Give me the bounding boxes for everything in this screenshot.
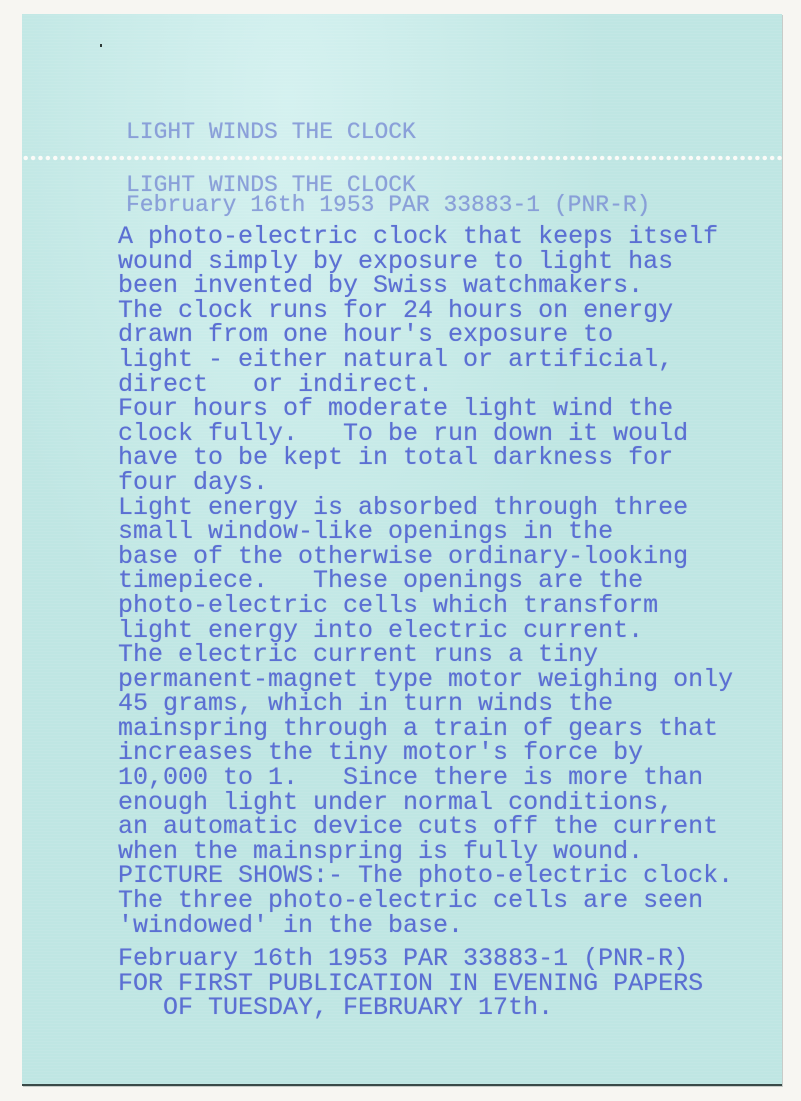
stub-header: LIGHT WINDS THE CLOCK February 16th 1953… [126, 72, 651, 241]
caption-body: A photo-electric clock that keeps itself… [118, 224, 733, 937]
body-line: 10,000 to 1. Since there is more than [118, 765, 733, 790]
body-line: 45 grams, which in turn winds the [118, 691, 733, 716]
body-line: permanent-magnet type motor weighing onl… [118, 667, 733, 692]
slug-title: LIGHT WINDS THE CLOCK [126, 173, 416, 198]
body-line: when the mainspring is fully wound. [118, 839, 733, 864]
body-line: wound simply by exposure to light has [118, 249, 733, 274]
body-line: A photo-electric clock that keeps itself [118, 224, 733, 249]
body-line: The three photo-electric cells are seen [118, 888, 733, 913]
body-line: Light energy is absorbed through three [118, 495, 733, 520]
body-line: base of the otherwise ordinary-looking [118, 544, 733, 569]
footer-line: February 16th 1953 PAR 33883-1 (PNR-R) [118, 946, 703, 971]
body-line: timepiece. These openings are the [118, 568, 733, 593]
body-line: been invented by Swiss watchmakers. [118, 273, 733, 298]
body-line: The electric current runs a tiny [118, 642, 733, 667]
body-line: increases the tiny motor's force by [118, 740, 733, 765]
footer-line: FOR FIRST PUBLICATION IN EVENING PAPERS [118, 971, 703, 996]
body-line: four days. [118, 470, 733, 495]
body-line: PICTURE SHOWS:- The photo-electric clock… [118, 863, 733, 888]
paper-speck [100, 44, 102, 47]
body-line: light - either natural or artificial, [118, 347, 733, 372]
body-line: have to be kept in total darkness for [118, 445, 733, 470]
footer-line: OF TUESDAY, FEBRUARY 17th. [118, 995, 703, 1020]
body-line: small window-like openings in the [118, 519, 733, 544]
body-line: The clock runs for 24 hours on energy [118, 298, 733, 323]
body-line: direct or indirect. [118, 372, 733, 397]
body-line: mainspring through a train of gears that [118, 716, 733, 741]
caption-footer: February 16th 1953 PAR 33883-1 (PNR-R)FO… [118, 946, 703, 1020]
body-line: clock fully. To be run down it would [118, 421, 733, 446]
body-line: an automatic device cuts off the current [118, 814, 733, 839]
body-line: drawn from one hour's exposure to [118, 322, 733, 347]
body-line: photo-electric cells which transform [118, 593, 733, 618]
body-line: Four hours of moderate light wind the [118, 396, 733, 421]
body-line: light energy into electric current. [118, 618, 733, 643]
stub-title: LIGHT WINDS THE CLOCK [126, 120, 651, 145]
body-line: enough light under normal conditions, [118, 790, 733, 815]
body-line: 'windowed' in the base. [118, 913, 733, 938]
